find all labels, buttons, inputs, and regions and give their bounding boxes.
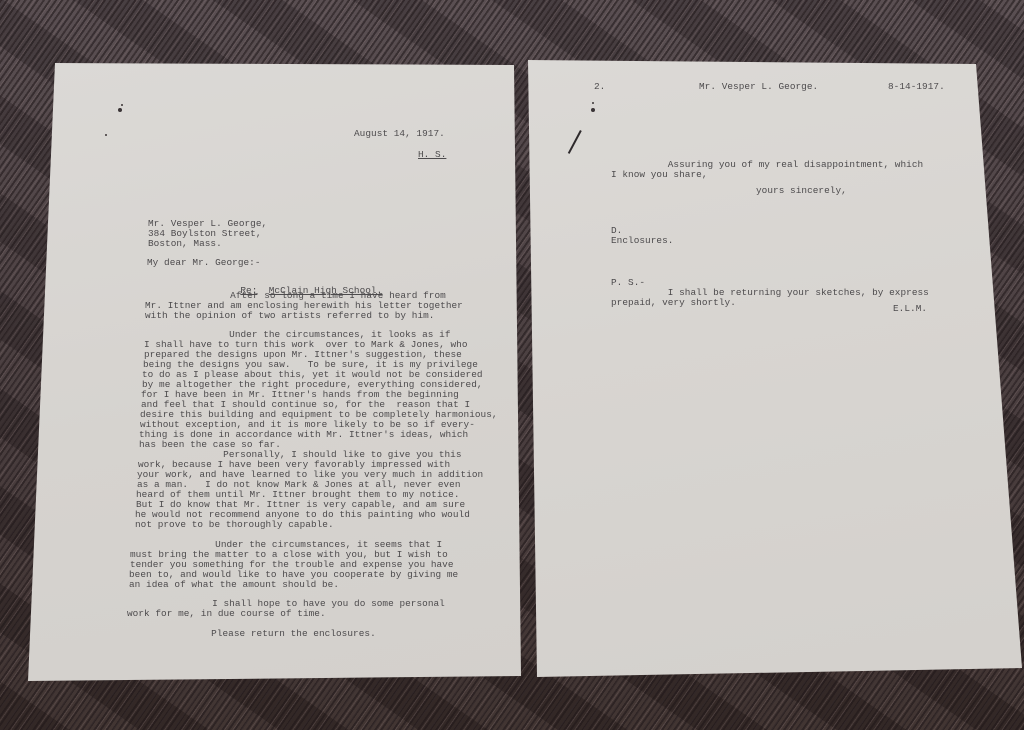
- pin-hole-mark: [592, 102, 594, 104]
- enclosures-note: Enclosures.: [611, 235, 673, 246]
- page-number: 2.: [594, 81, 605, 92]
- ps-line: prepaid, very shortly.: [611, 297, 736, 308]
- pin-hole-mark: [105, 134, 107, 136]
- ps-initials: E.L.M.: [893, 303, 927, 314]
- letter-date: August 14, 1917.: [354, 128, 445, 139]
- body-line: an idea of what the amount should be.: [129, 579, 339, 590]
- body-line: Please return the enclosures.: [126, 628, 376, 639]
- body-line: I know you share,: [611, 169, 708, 180]
- address-line: Boston, Mass.: [148, 238, 222, 249]
- salutation: My dear Mr. George:-: [147, 257, 261, 268]
- body-line: not prove to be thoroughly capable.: [135, 519, 334, 530]
- pin-hole-mark: [118, 108, 122, 112]
- header-recipient-name: Mr. Vesper L. George.: [699, 81, 818, 92]
- pin-hole-mark: [121, 104, 123, 106]
- header-date: 8-14-1917.: [888, 81, 945, 92]
- letter-dept-initials: H. S.: [418, 149, 446, 160]
- body-line: with the opinion of two artists referred…: [145, 310, 434, 321]
- body-line: work for me, in due course of time.: [127, 608, 326, 619]
- pin-hole-mark: [591, 108, 595, 112]
- complimentary-close: yours sincerely,: [756, 185, 847, 196]
